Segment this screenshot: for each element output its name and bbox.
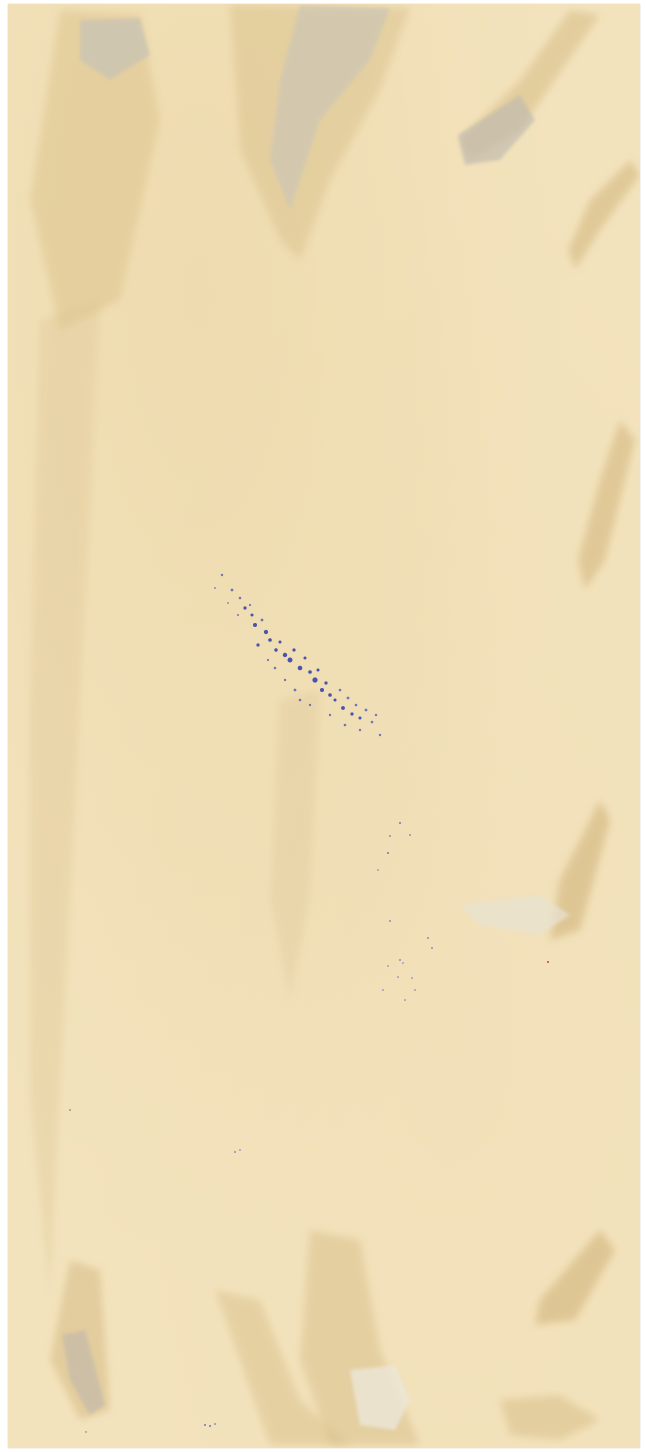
ink-speckle <box>399 959 401 961</box>
ink-speckle <box>261 619 264 622</box>
ink-speckle <box>389 835 391 837</box>
ink-speckle <box>359 717 362 720</box>
ink-speckle <box>253 623 257 627</box>
ink-speckle <box>387 852 389 854</box>
ink-speckle <box>308 670 312 674</box>
ink-speckle <box>283 653 287 657</box>
ink-speckle <box>279 641 282 644</box>
ink-speckle <box>234 1151 236 1153</box>
ink-speckle <box>312 677 317 682</box>
ink-speckle <box>249 604 251 606</box>
ink-speckle <box>239 597 242 600</box>
ink-speckle <box>209 1425 211 1427</box>
ink-speckle <box>339 689 342 692</box>
ink-speckle <box>344 724 347 727</box>
ink-speckle <box>298 666 303 671</box>
ink-speckle <box>431 947 433 949</box>
ink-speckle <box>341 706 345 710</box>
ink-speckle <box>414 989 416 991</box>
red-fleck <box>547 961 549 963</box>
ink-speckle <box>377 869 379 871</box>
ink-speckle <box>329 714 331 716</box>
ink-speckle <box>243 606 246 609</box>
water-stain <box>568 160 640 270</box>
ink-speckle <box>379 734 381 736</box>
water-stain <box>30 300 100 1300</box>
stained-paper-sheet <box>8 4 640 1448</box>
water-stain <box>500 1395 600 1440</box>
stain-layer <box>8 4 640 1448</box>
ink-speckle <box>239 1149 241 1151</box>
ink-speckle <box>294 689 297 692</box>
ink-speckle <box>231 589 234 592</box>
ink-speckle <box>268 638 272 642</box>
ink-speckle <box>382 989 384 991</box>
ink-speckle <box>317 669 320 672</box>
ink-speckle <box>284 679 286 681</box>
ink-speckle <box>288 658 293 663</box>
red-fleck <box>85 1431 86 1432</box>
ink-speckle <box>274 648 277 651</box>
ink-speckle <box>334 699 337 702</box>
ink-speckle <box>365 709 368 712</box>
ink-speckle <box>304 657 307 660</box>
water-stain <box>270 690 320 1000</box>
water-stain <box>535 1230 615 1325</box>
ink-speckle <box>371 721 374 724</box>
ink-speckle <box>299 699 302 702</box>
ink-speckle <box>397 976 399 978</box>
water-stain <box>578 420 635 590</box>
ink-speckle <box>251 614 254 617</box>
ink-speckle <box>292 648 295 651</box>
ink-speckle <box>214 1423 216 1425</box>
ink-speckle <box>387 965 389 967</box>
scene <box>0 0 646 1452</box>
ink-speckle <box>347 697 350 700</box>
ink-speckle <box>411 977 413 979</box>
ink-speckle <box>389 920 391 922</box>
ink-speckle <box>264 630 268 634</box>
ink-speckle <box>409 834 411 836</box>
ink-speckle <box>404 999 406 1001</box>
ink-speckle <box>309 704 311 706</box>
ink-speckle <box>359 729 361 731</box>
ink-speckle <box>204 1424 206 1426</box>
ink-speckle <box>320 688 324 692</box>
ink-speckle <box>237 614 239 616</box>
ink-speckle <box>402 962 404 964</box>
ink-speckle <box>267 659 269 661</box>
ink-speckle <box>350 712 353 715</box>
ink-speckle <box>274 667 277 670</box>
ink-speckle <box>324 681 327 684</box>
ink-speckle <box>256 643 259 646</box>
ink-speckle <box>214 587 216 589</box>
ink-speckle <box>328 693 332 697</box>
ink-speckle <box>399 822 401 824</box>
red-fleck <box>69 1109 71 1111</box>
ink-speckle <box>221 574 223 576</box>
ink-speckle <box>375 714 377 716</box>
ink-speckle <box>227 602 229 604</box>
ink-speckle <box>427 937 429 939</box>
ink-speckle <box>355 704 358 707</box>
